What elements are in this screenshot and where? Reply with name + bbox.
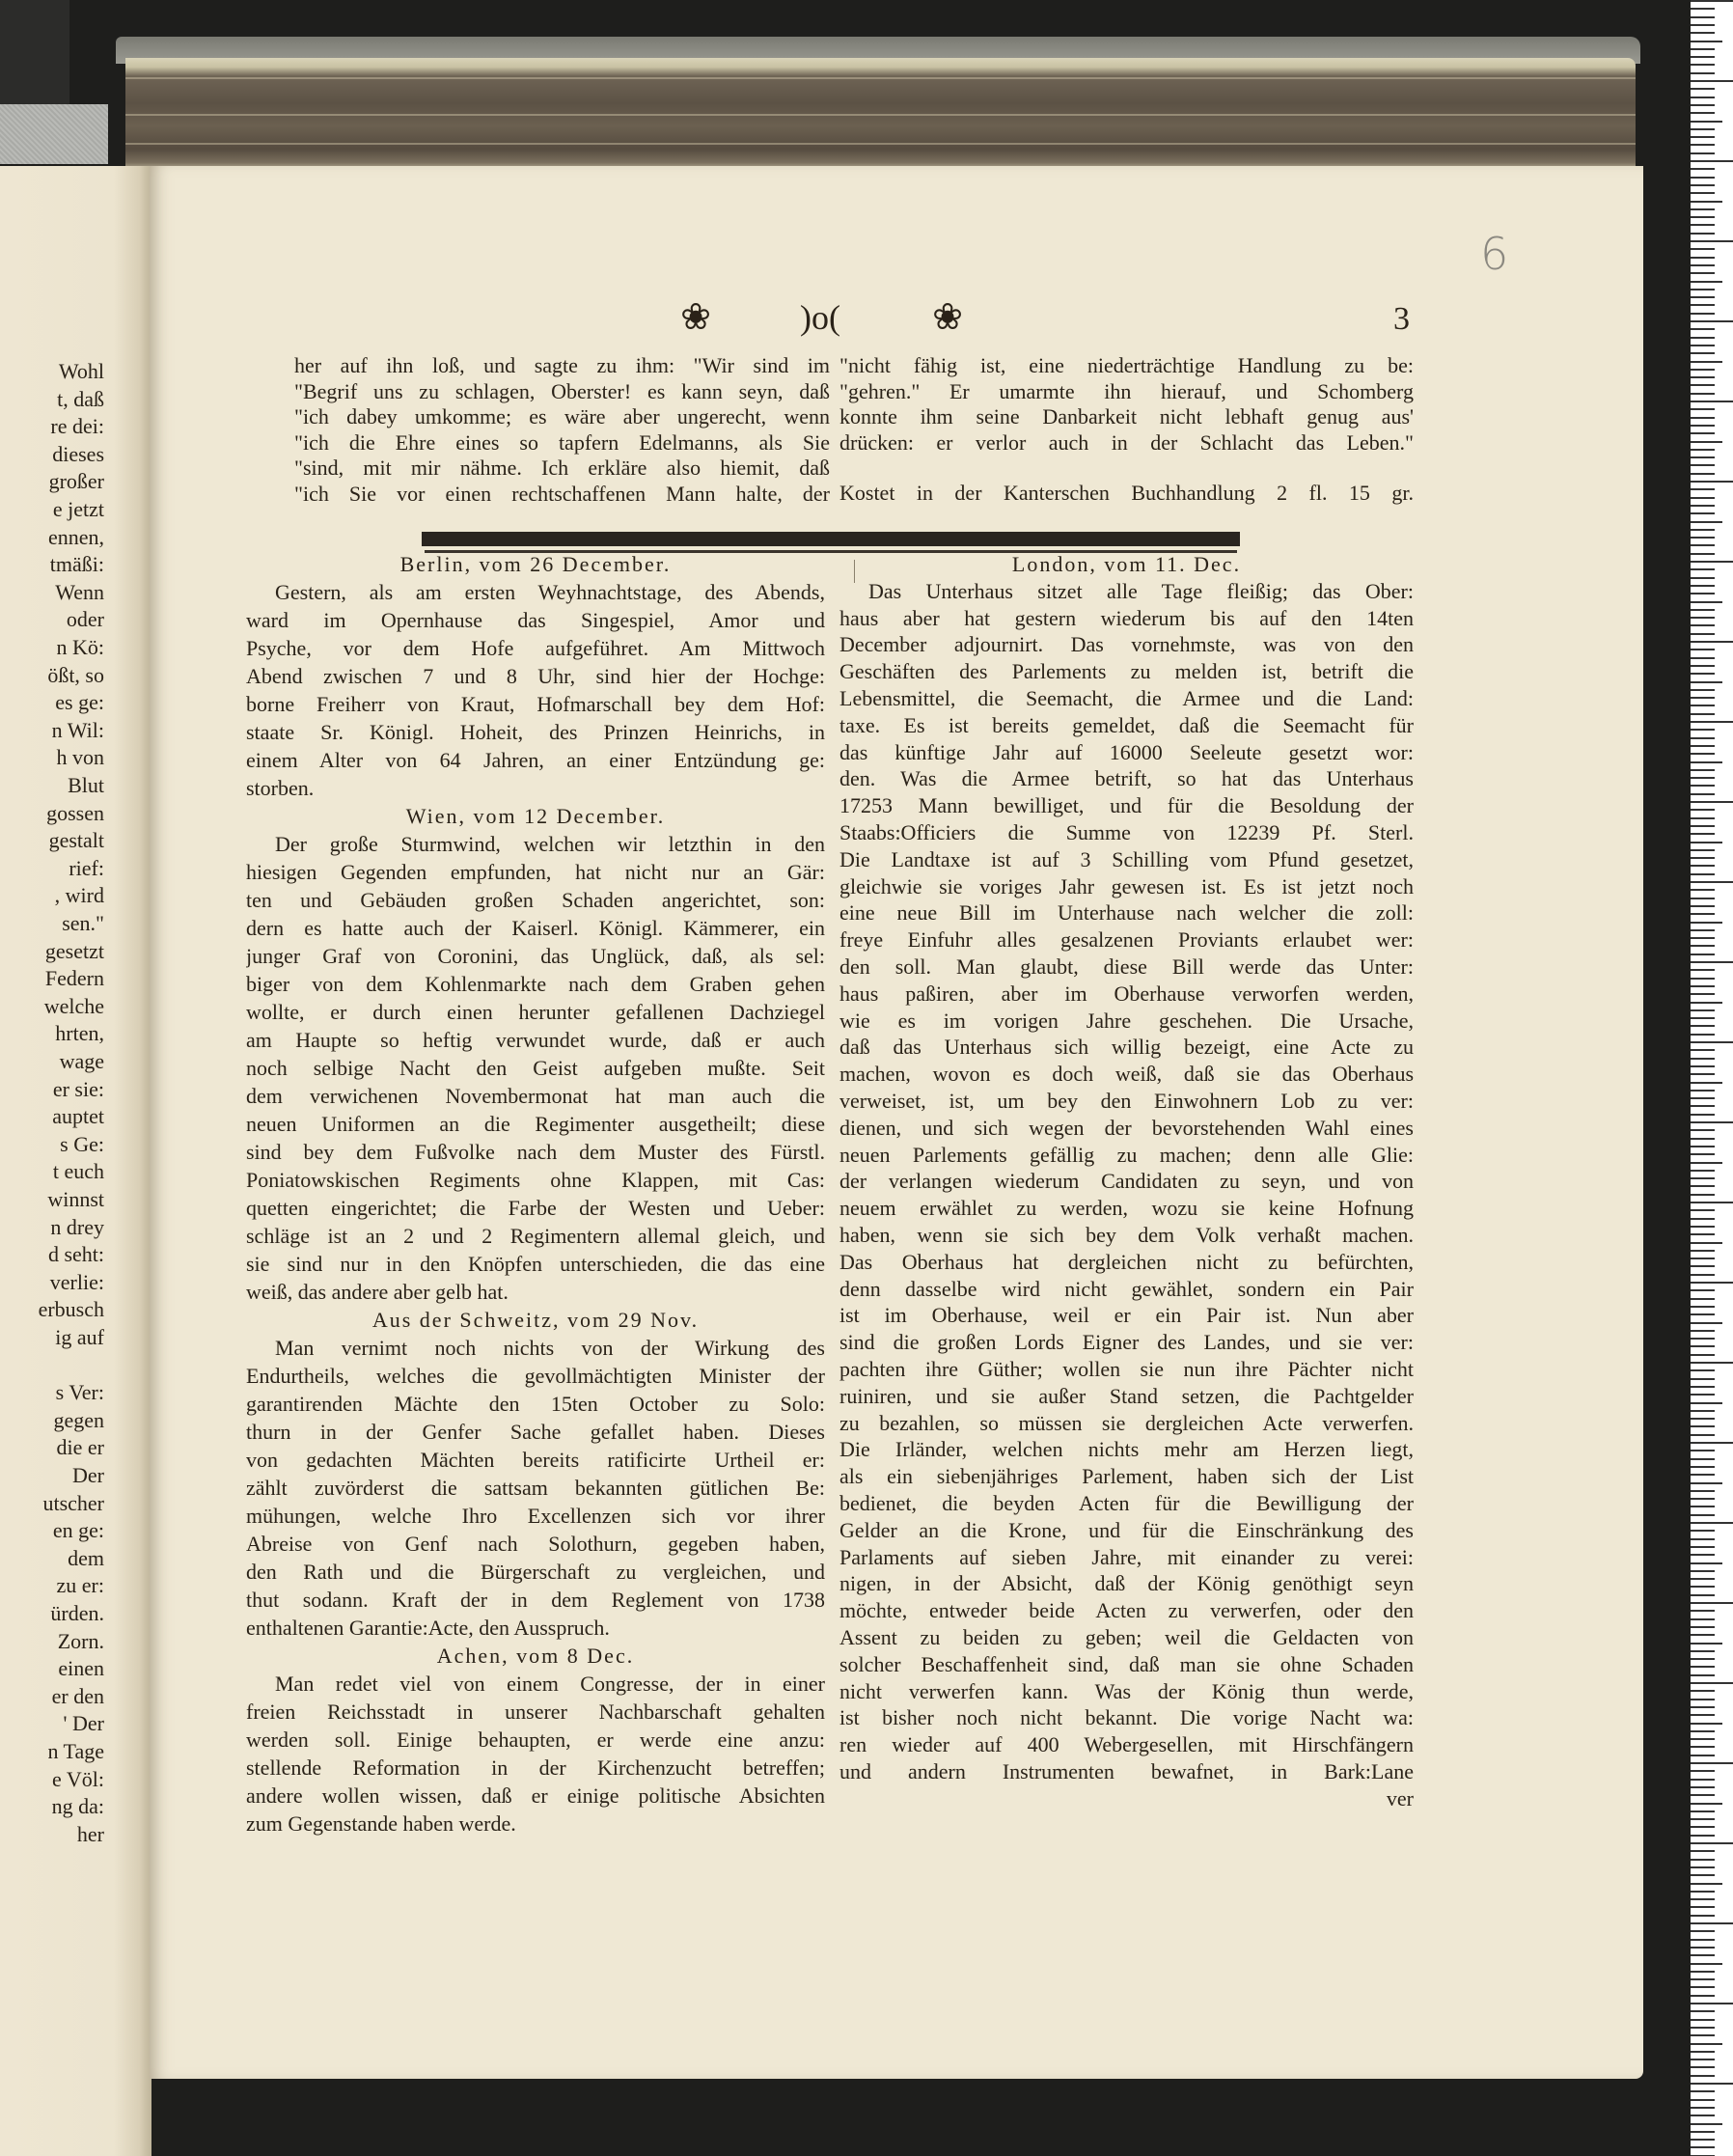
ruler-tick [1691, 1818, 1715, 1820]
ruler-tick [1691, 376, 1715, 378]
ruler-tick [1691, 1915, 1715, 1917]
text-line: Poniatowskischen Regiments ohne Klappen,… [246, 1168, 825, 1193]
ruler-tick [1691, 233, 1715, 235]
ruler-tick [1691, 1947, 1715, 1949]
ruler-tick [1691, 857, 1715, 859]
ruler-tick [1691, 657, 1715, 659]
ruler-tick [1691, 913, 1715, 915]
ruler-tick [1691, 488, 1715, 490]
ruler-tick [1691, 1779, 1715, 1781]
ruler-tick [1691, 1794, 1715, 1796]
ruler-tick [1691, 1506, 1715, 1507]
ruler-tick [1691, 1362, 1733, 1364]
ruler-tick [1691, 1835, 1715, 1837]
ruler-tick [1691, 481, 1733, 483]
ruler-tick [1691, 1522, 1733, 1524]
ruler-tick [1691, 337, 1715, 339]
ruler-tick [1691, 136, 1715, 138]
ruler-tick [1691, 2131, 1715, 2133]
ruler-tick [1691, 177, 1715, 179]
text-line: neuen Parlements gefällig zu machen; den… [839, 1143, 1414, 1168]
ruler-tick [1691, 1530, 1715, 1532]
ruler-tick [1691, 1162, 1722, 1164]
ruler-tick [1691, 1282, 1733, 1284]
ruler-tick [1691, 777, 1715, 779]
text-line: zum Gegenstande haben werde. [246, 1811, 825, 1837]
ruler-tick [1691, 793, 1715, 795]
ruler-tick [1691, 384, 1715, 386]
text-line: konnte ihm seine Danbarkeit nicht lebhaf… [839, 404, 1414, 429]
text-line: Das Oberhaus hat dergleichen nicht zu be… [839, 1250, 1414, 1275]
ruler-tick [1691, 954, 1715, 955]
text-line: wollte, er durch einen herunter gefallen… [246, 1000, 825, 1025]
ruler-tick [1691, 1634, 1715, 1636]
ruler-tick [1691, 697, 1715, 699]
ruler-tick [1691, 1826, 1715, 1828]
text-line: Man vernimt noch nichts von der Wirkung … [246, 1336, 825, 1361]
ruler-tick [1691, 1233, 1715, 1235]
text-line: December adjournirt. Das vornehmste, was… [839, 632, 1414, 657]
text-line: neuen Uniformen an die Regimenter ausget… [246, 1112, 825, 1137]
ruler-tick [1691, 289, 1715, 290]
ruler-tick [1691, 1442, 1733, 1444]
text-line: "nicht fähig ist, eine niederträchtige H… [839, 353, 1414, 378]
ruler-tick [1691, 345, 1715, 346]
text-line: denn dasselbe wird nicht gewählet, sonde… [839, 1277, 1414, 1302]
ruler-tick [1691, 929, 1715, 931]
ruler-tick [1691, 32, 1715, 34]
text-line: "gehren." Er umarmte ihn hierauf, und Sc… [839, 379, 1414, 404]
ruler-tick [1691, 264, 1715, 266]
ruler-tick [1691, 1706, 1715, 1708]
ruler-tick [1691, 969, 1715, 971]
ruler-tick [1691, 369, 1715, 371]
text-fragment: großer [0, 469, 104, 494]
ruler-tick [1691, 1450, 1715, 1451]
ruler-tick [1691, 1883, 1722, 1885]
text-line: ruiniren, und sie außer Stand setzen, di… [839, 1384, 1414, 1409]
ruler-tick [1691, 328, 1715, 330]
ruler-tick [1691, 1850, 1715, 1852]
ruler-tick [1691, 681, 1722, 683]
ruler-tick [1691, 16, 1715, 18]
text-line: Die Landtaxe ist auf 3 Schilling vom Pfu… [839, 847, 1414, 872]
shell-ornament-icon: ❀ [670, 297, 722, 338]
ruler-tick [1691, 361, 1722, 363]
text-line: als ein siebenjähriges Parlement, haben … [839, 1464, 1414, 1489]
ruler-tick [1691, 48, 1715, 50]
ruler-tick [1691, 88, 1715, 90]
ruler-tick [1691, 8, 1715, 10]
text-line: Abreise von Genf nach Solothurn, gegeben… [246, 1532, 825, 1557]
text-line: am Haupte so heftig verwundet wurde, daß… [246, 1028, 825, 1053]
section-heading: Achen, vom 8 Dec. [246, 1644, 825, 1669]
text-fragment: er sie: [0, 1077, 104, 1102]
ruler-tick [1691, 1394, 1715, 1396]
ruler-tick [1691, 1682, 1733, 1684]
ruler-tick [1691, 1842, 1733, 1844]
text-fragment: wage [0, 1049, 104, 1074]
ruler-tick [1691, 1538, 1715, 1540]
text-line: Das Unterhaus sitzet alle Tage fleißig; … [839, 579, 1414, 604]
ruler-tick [1691, 1810, 1715, 1812]
catchword: ver [839, 1786, 1414, 1811]
ruler-tick [1691, 1714, 1715, 1716]
ruler-tick [1691, 577, 1715, 579]
text-fragment: h von [0, 745, 104, 770]
ruler-tick [1691, 425, 1715, 427]
ruler-tick [1691, 1121, 1733, 1123]
ruler-tick [1691, 1218, 1715, 1220]
text-fragment: d seht: [0, 1242, 104, 1267]
ruler-tick [1691, 593, 1715, 594]
text-line: biger von dem Kohlenmarkte nach dem Grab… [246, 972, 825, 997]
ruler-tick [1691, 865, 1715, 867]
ruler-tick [1691, 56, 1715, 58]
ruler-tick [1691, 769, 1715, 771]
ruler-tick [1691, 2019, 1715, 2021]
ruler-tick [1691, 1170, 1715, 1172]
ruler-tick [1691, 2043, 1722, 2045]
text-fragment: gegen [0, 1408, 104, 1433]
text-line: andere wollen wissen, daß er einige poli… [246, 1783, 825, 1809]
ruler-tick [1691, 1658, 1715, 1660]
ruler-tick [1691, 809, 1715, 811]
text-line: schläge ist an 2 und 2 Regimentern allem… [246, 1224, 825, 1249]
ruler-tick [1691, 1049, 1715, 1051]
ruler-tick [1691, 1434, 1715, 1436]
text-line: einem Alter von 64 Jahren, an einer Entz… [246, 748, 825, 773]
ruler-tick [1691, 24, 1715, 26]
ruler-tick [1691, 1097, 1715, 1099]
text-line: zählt zuvörderst die sattsam bekannten g… [246, 1476, 825, 1501]
ruler-tick [1691, 1274, 1715, 1276]
text-line: ten und Gebäuden großen Schaden angerich… [246, 888, 825, 913]
ruler-tick [1691, 2027, 1715, 2029]
ruler-tick [1691, 1298, 1715, 1300]
ruler-tick [1691, 417, 1715, 419]
ruler-tick [1691, 257, 1715, 259]
ruler-tick [1691, 1065, 1715, 1067]
text-line: "Begrif uns zu schlagen, Oberster! es ka… [294, 379, 830, 404]
ruler-tick [1691, 1939, 1715, 1941]
ruler-tick [1691, 1017, 1715, 1019]
ruler-tick [1691, 1514, 1715, 1516]
ruler-tick [1691, 512, 1715, 514]
text-line: haus paßiren, aber im Oberhause verworfe… [839, 981, 1414, 1007]
ruler-tick [1691, 1185, 1715, 1187]
ruler-tick [1691, 1073, 1715, 1075]
ruler-tick [1691, 665, 1715, 667]
ruler-tick [1691, 1082, 1722, 1084]
text-line: haben, wenn sie sich bey dem Volk verhaß… [839, 1223, 1414, 1248]
ruler-tick [1691, 1650, 1715, 1652]
ruler-tick [1691, 1674, 1715, 1676]
pencil-folio-number: 6 [1480, 228, 1508, 280]
ruler-tick [1691, 849, 1715, 851]
ruler-tick [1691, 304, 1715, 306]
text-line: bedienet, die beyden Acten für die Bewil… [839, 1491, 1414, 1516]
ruler-tick [1691, 713, 1715, 715]
ruler-tick [1691, 721, 1733, 723]
text-line: sind die großen Lords Eigner des Landes,… [839, 1330, 1414, 1355]
ruler-tick [1691, 208, 1715, 210]
text-line: werden soll. Einige behaupten, er werde … [246, 1728, 825, 1753]
ruler-tick [1691, 1474, 1715, 1476]
ruler-tick [1691, 1755, 1715, 1756]
ruler-tick [1691, 922, 1722, 924]
ruler-tick [1691, 432, 1715, 434]
ruler-tick [1691, 1322, 1722, 1324]
binding-strip [0, 104, 108, 164]
ruler-tick [1691, 1345, 1715, 1347]
text-line: Parlaments auf sieben Jahre, mit einande… [839, 1545, 1414, 1570]
ruler-tick [1691, 889, 1715, 891]
text-fragment: Wohl [0, 359, 104, 384]
ruler-tick [1691, 1699, 1715, 1700]
ruler-tick [1691, 945, 1715, 947]
text-line: dern es hatte auch der Kaiserl. Königl. … [246, 916, 825, 941]
text-line: und andern Instrumenten bewafnet, in Bar… [839, 1759, 1414, 1784]
section-heading: London, vom 11. Dec. [839, 552, 1414, 577]
text-fragment: gestalt [0, 828, 104, 853]
ruler-tick [1691, 408, 1715, 410]
ruler-tick [1691, 1313, 1715, 1315]
ruler-tick [1691, 898, 1715, 899]
price-notice: Kostet in der Kanterschen Buchhandlung 2… [839, 481, 1414, 506]
ruler-tick [1691, 184, 1715, 186]
ruler-tick [1691, 1250, 1715, 1252]
ruler-tick [1691, 649, 1715, 650]
ruler-tick [1691, 2139, 1715, 2141]
ruler-tick [1691, 753, 1715, 755]
text-fragment: ößt, so [0, 663, 104, 688]
ruler-tick [1691, 112, 1715, 114]
ruler-tick [1691, 1378, 1715, 1380]
ruler-tick [1691, 1618, 1715, 1620]
ruler-tick [1691, 737, 1715, 739]
text-fragment: ürden. [0, 1601, 104, 1626]
ruler-tick [1691, 1978, 1715, 1980]
ruler-tick [1691, 1859, 1715, 1861]
ruler-tick [1691, 729, 1715, 731]
ruler-tick [1691, 352, 1715, 354]
section-heading: Wien, vom 12 December. [246, 804, 825, 829]
ruler-tick [1691, 393, 1715, 395]
ruler-tick [1691, 961, 1733, 963]
text-line: quetten eingerichtet; die Farbe der West… [246, 1196, 825, 1221]
ruler-tick [1691, 1874, 1715, 1876]
ruler-tick [1691, 1041, 1733, 1043]
ruler-tick [1691, 41, 1722, 42]
ruler-tick [1691, 801, 1733, 803]
ruler-tick [1691, 144, 1715, 146]
ruler-tick [1691, 873, 1715, 875]
ruler-tick [1691, 1666, 1715, 1668]
text-fragment: , wird [0, 883, 104, 908]
text-line: staate Sr. Königl. Hoheit, des Prinzen H… [246, 720, 825, 745]
text-line: möchte, entweder beide Acten zu verwerfe… [839, 1598, 1414, 1623]
text-line: dem verwichenen Novembermonat hat man au… [246, 1084, 825, 1109]
ruler-tick [1691, 673, 1715, 675]
ruler-tick [1691, 121, 1722, 123]
text-line: das künftige Jahr auf 16000 Seeleute ges… [839, 740, 1414, 765]
text-fragment: ig auf [0, 1325, 104, 1350]
ruler-tick [1691, 1153, 1715, 1155]
text-fragment: n drey [0, 1215, 104, 1240]
ruler-tick [1691, 585, 1715, 587]
text-line: junger Graf von Coronini, das Unglück, d… [246, 944, 825, 969]
text-line: der verlangen wiederum Candidaten zu sey… [839, 1169, 1414, 1194]
ruler-tick [1691, 1690, 1715, 1692]
text-fragment: er den [0, 1684, 104, 1709]
text-line: den Rath und die Bürgerschaft zu verglei… [246, 1560, 825, 1585]
text-fragment: die er [0, 1435, 104, 1460]
ruler-tick [1691, 537, 1715, 539]
text-fragment: ennen, [0, 525, 104, 550]
text-line: sind bey dem Fußvolke nach dem Muster de… [246, 1140, 825, 1165]
ruler-tick [1691, 2075, 1715, 2077]
ruler-tick [1691, 1930, 1715, 1932]
text-line: taxe. Es ist bereits gemeldet, daß die S… [839, 713, 1414, 738]
ruler-tick [1691, 1194, 1715, 1196]
text-line: enthaltenen Garantie:Acte, den Ausspruch… [246, 1616, 825, 1641]
ruler-tick [1691, 1786, 1715, 1788]
ruler-tick [1691, 464, 1715, 466]
ruler-tick [1691, 497, 1715, 499]
text-line: Gelder an die Krone, und für die Einschr… [839, 1518, 1414, 1543]
text-line: ward im Opernhause das Singespiel, Amor … [246, 608, 825, 633]
ruler-tick [1691, 1643, 1722, 1645]
separator-bar [422, 532, 1240, 546]
ruler-tick [1691, 1770, 1715, 1772]
ruler-tick [1691, 168, 1715, 170]
text-fragment: rief: [0, 856, 104, 881]
text-line: Staabs:Officiers die Summe von 12239 Pf.… [839, 820, 1414, 845]
text-line: machen, wovon es doch weiß, daß sie das … [839, 1062, 1414, 1087]
ruler-tick [1691, 1202, 1733, 1203]
ruler-tick [1691, 1146, 1715, 1147]
ruler-tick [1691, 456, 1715, 458]
ruler-tick [1691, 624, 1715, 626]
ruler-tick [1691, 1546, 1715, 1548]
text-line: storben. [246, 776, 825, 801]
ruler-tick [1691, 2010, 1715, 2012]
ruler-tick [1691, 1986, 1715, 1988]
ruler-tick [1691, 1738, 1715, 1740]
ruler-tick [1691, 1922, 1733, 1924]
text-line: den soll. Man glaubt, diese Bill werde d… [839, 954, 1414, 980]
text-line: Man redet viel von einem Congresse, der … [246, 1672, 825, 1697]
ruler-tick [1691, 1425, 1715, 1427]
text-fragment: n Kö: [0, 635, 104, 660]
center-ornament: )o( [791, 297, 849, 338]
ruler-tick [1691, 785, 1715, 787]
text-line: Psyche, vor dem Hofe aufgeführet. Am Mit… [246, 636, 825, 661]
text-line: eine neue Bill im Unterhause nach welche… [839, 900, 1414, 926]
ruler-tick [1691, 1330, 1715, 1332]
text-line: Abend zwischen 7 und 8 Uhr, sind hier de… [246, 664, 825, 689]
ruler-tick [1691, 1090, 1715, 1092]
ruler-tick [1691, 128, 1715, 130]
ruler-tick [1691, 1289, 1715, 1291]
text-line: daß das Unterhaus sich willig bezeigt, e… [839, 1035, 1414, 1060]
text-fragment: her [0, 1822, 104, 1847]
text-line: dienen, und sich wegen der bevorstehende… [839, 1116, 1414, 1141]
text-line: solcher Beschaffenheit sind, daß man sie… [839, 1652, 1414, 1677]
page-number: 3 [1393, 301, 1410, 338]
ruler-tick [1691, 281, 1722, 283]
ruler-tick [1691, 817, 1715, 819]
ruler-tick [1691, 2083, 1733, 2085]
text-line: freien Reichsstadt in unserer Nachbarsch… [246, 1700, 825, 1725]
ruler-tick [1691, 993, 1715, 995]
ruler-tick [1691, 1105, 1715, 1107]
ruler-tick [1691, 1138, 1715, 1140]
ruler-tick [1691, 1466, 1715, 1468]
ruler-tick [1691, 152, 1715, 154]
text-fragment: Federn [0, 966, 104, 991]
ruler-tick [1691, 72, 1715, 74]
text-fragment: es ge: [0, 690, 104, 715]
ruler-tick [1691, 1554, 1715, 1556]
text-line: Der große Sturmwind, welchen wir letzthi… [246, 832, 825, 857]
ruler-tick [1691, 617, 1715, 619]
ruler-tick [1691, 1723, 1722, 1725]
scale-ruler [1691, 0, 1733, 2156]
ruler-tick [1691, 1971, 1715, 1973]
ruler-tick [1691, 978, 1715, 980]
text-line: neuem erwählet zu werden, wozu sie keine… [839, 1196, 1414, 1221]
text-fragment: e jetzt [0, 497, 104, 522]
ruler-tick [1691, 689, 1715, 691]
text-line: garantirenden Mächte den 15ten October z… [246, 1392, 825, 1417]
ruler-tick [1691, 1906, 1715, 1908]
ruler-tick [1691, 761, 1722, 763]
ruler-tick [1691, 216, 1715, 218]
ruler-tick [1691, 505, 1715, 507]
text-line: pachten ihre Güther; wollen sie nun ihre… [839, 1357, 1414, 1382]
text-fragment: t euch [0, 1159, 104, 1184]
text-fragment: s Ge: [0, 1132, 104, 1157]
ruler-tick [1691, 1594, 1715, 1596]
ruler-tick [1691, 160, 1733, 162]
ruler-tick [1691, 224, 1715, 226]
text-line: "ich Sie vor einen rechtschaffenen Mann … [294, 482, 830, 507]
ruler-tick [1691, 529, 1715, 531]
ruler-tick [1691, 2034, 1715, 2036]
text-fragment: verlie: [0, 1270, 104, 1295]
ruler-tick [1691, 842, 1722, 843]
left-page: Wohlt, daßre dei:diesesgroßere jetztenne… [0, 166, 151, 2156]
text-line: borne Freiherr von Kraut, Hofmarschall b… [246, 692, 825, 717]
ruler-tick [1691, 1418, 1715, 1420]
ruler-tick [1691, 192, 1715, 194]
section-heading: Aus der Schweitz, vom 29 Nov. [246, 1308, 825, 1333]
text-fragment: Zorn. [0, 1629, 104, 1654]
ruler-tick [1691, 2003, 1733, 2004]
ruler-tick [1691, 1482, 1722, 1484]
text-line: mühungen, welche Ihro Excellenzen sich v… [246, 1504, 825, 1529]
ruler-tick [1691, 80, 1733, 82]
ruler-tick [1691, 2146, 1715, 2148]
ruler-tick [1691, 272, 1715, 274]
text-line: zu bezahlen, so müssen sie dergleichen A… [839, 1411, 1414, 1436]
text-fragment: zu er: [0, 1573, 104, 1598]
text-line: "ich die Ehre eines so tapfern Edelmanns… [294, 430, 830, 456]
text-line: ren wieder auf 400 Webergesellen, mit Hi… [839, 1732, 1414, 1757]
ruler-tick [1691, 1586, 1715, 1588]
